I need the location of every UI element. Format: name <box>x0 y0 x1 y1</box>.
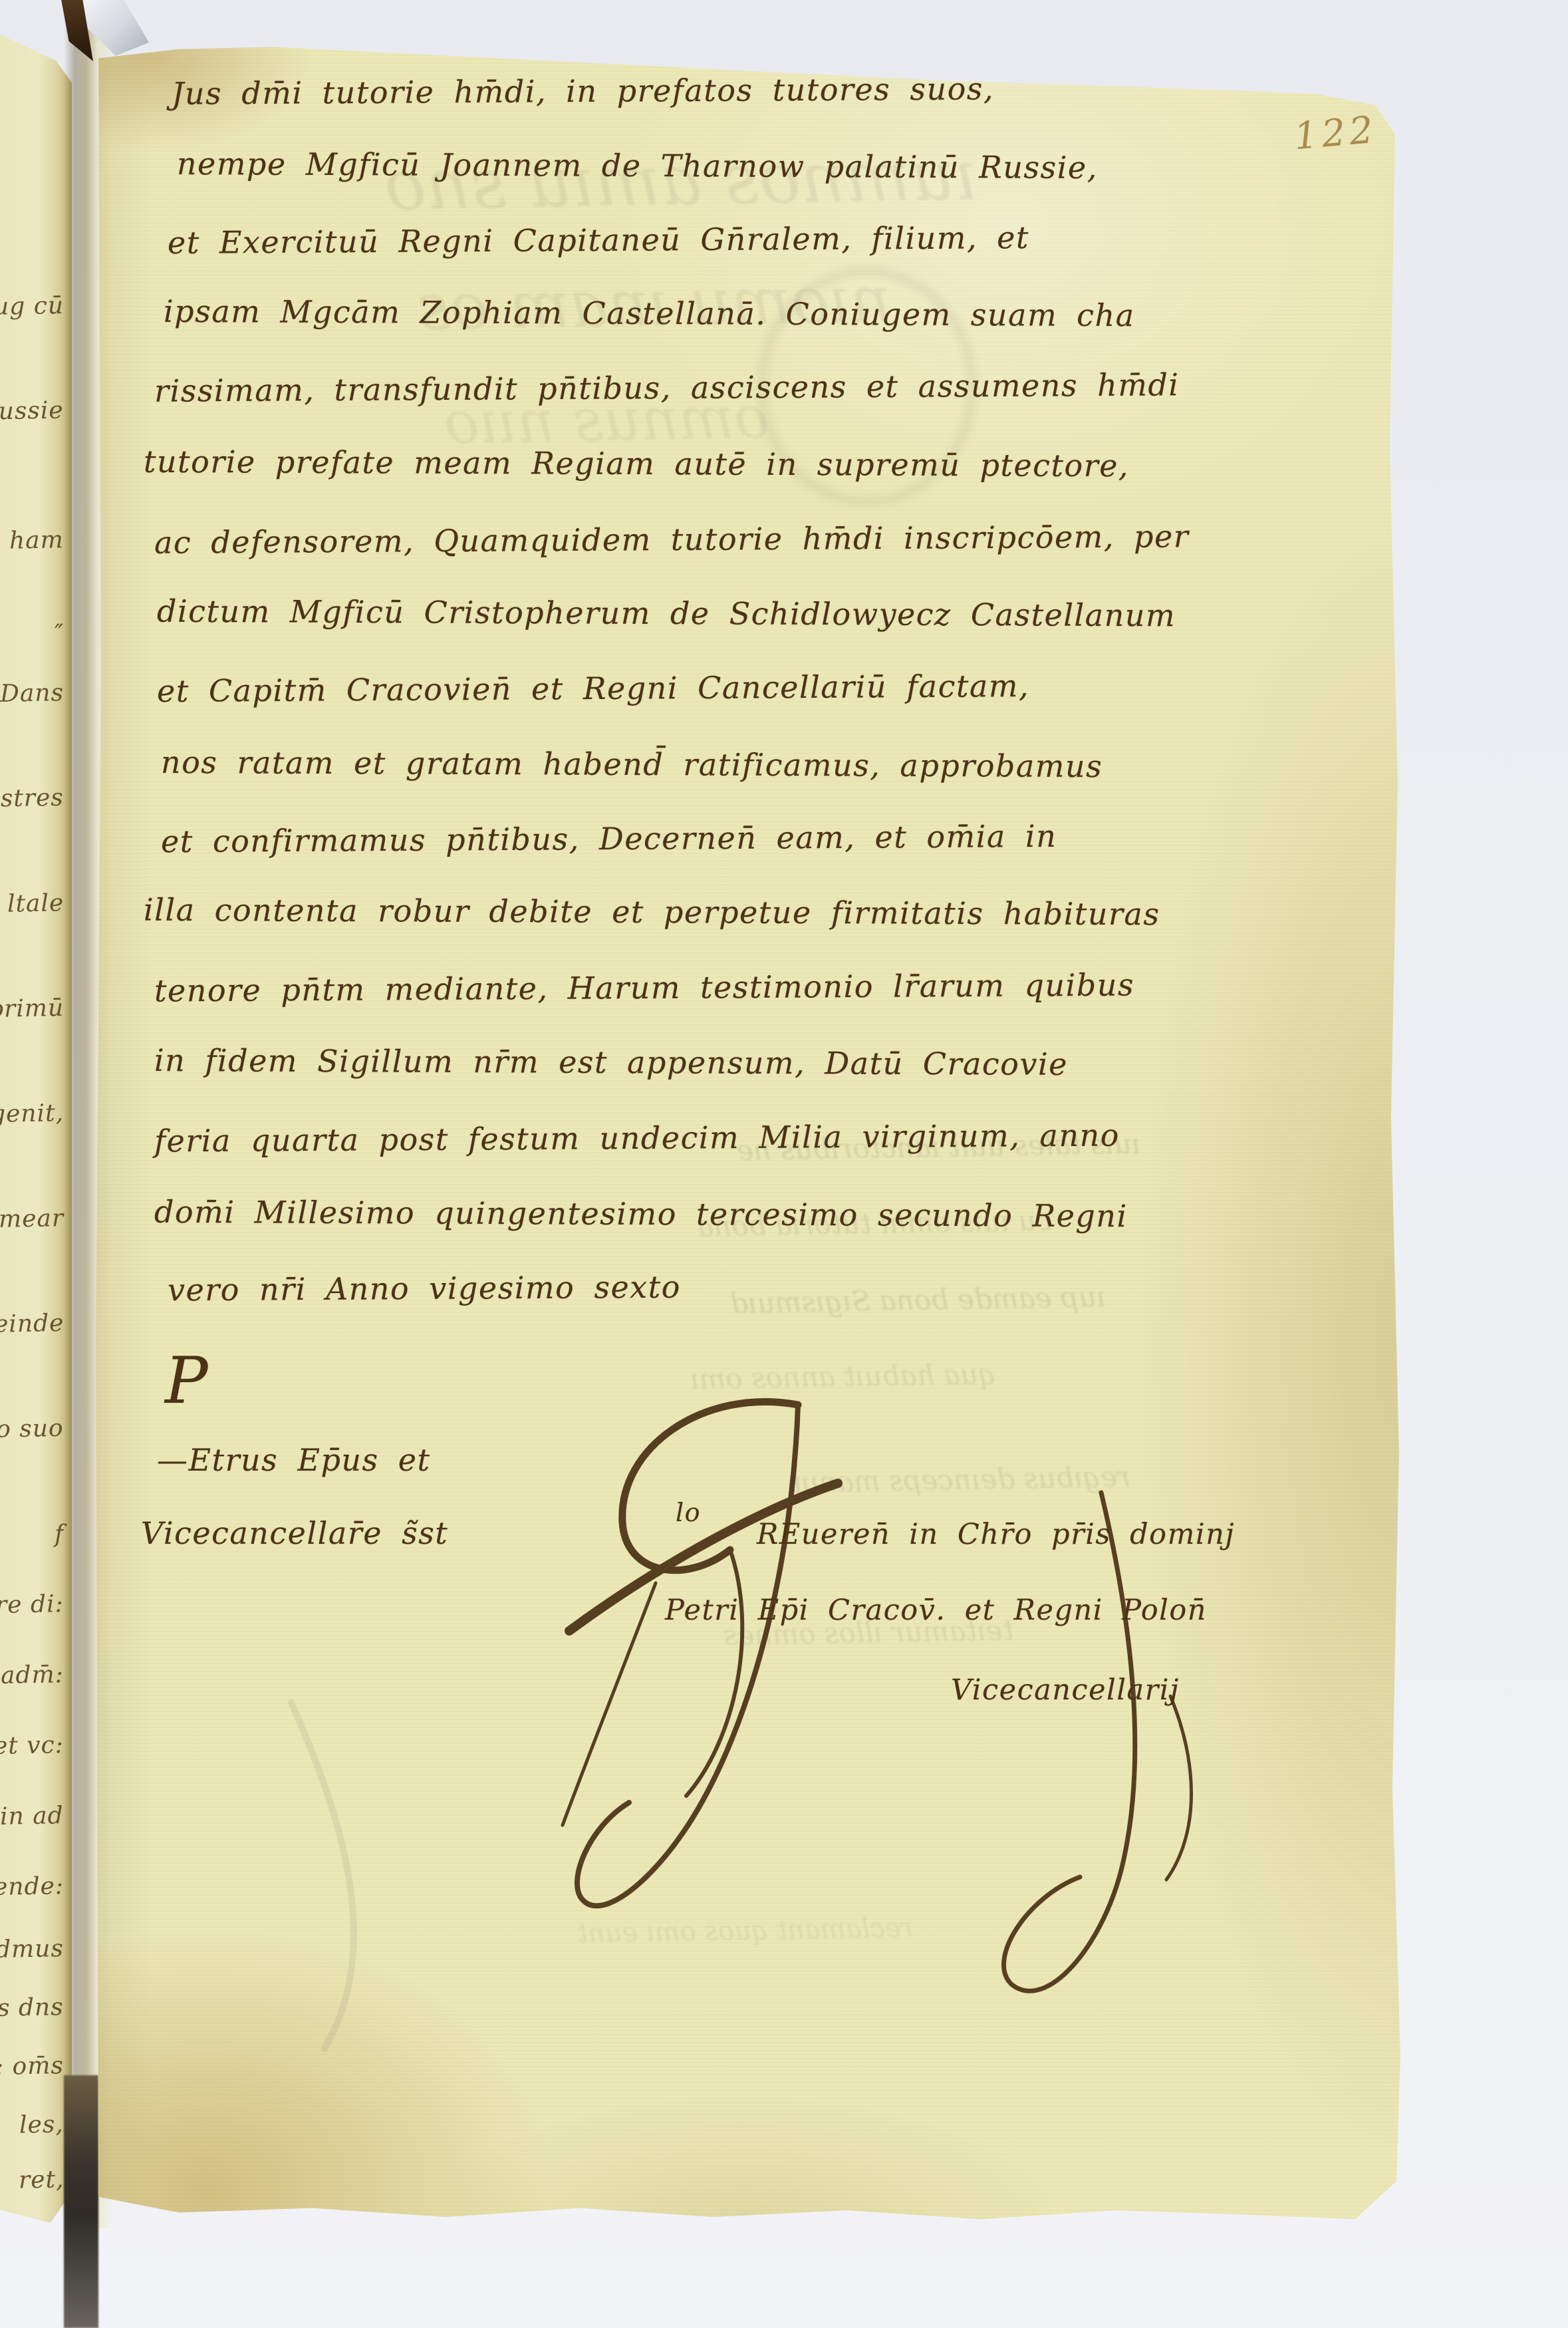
margin-fragment: in ad <box>0 1802 64 1830</box>
margin-fragment: ″ <box>54 620 64 647</box>
margin-fragment: ende: <box>0 1872 64 1901</box>
margin-fragment: et vc: <box>0 1731 64 1760</box>
margin-fragment: uo suo <box>0 1415 64 1443</box>
margin-fragment: les, <box>19 2110 64 2138</box>
margin-fragment: Dans <box>0 679 64 708</box>
margin-fragment: : om̄s <box>0 2052 64 2081</box>
margin-fragment: adm̄: <box>1 1661 64 1689</box>
facing-page-sliver: ug cū m Russie ham ″ Dans onstres ltale… <box>0 35 72 2223</box>
signature-flourish <box>72 0 1408 2235</box>
margin-fragment: re di: <box>0 1590 64 1619</box>
binding-edge-dark-strip <box>64 2075 98 2328</box>
margin-fragment: mear <box>0 1205 64 1233</box>
margin-fragment: dmus <box>0 1935 64 1964</box>
margin-fragment: ltale <box>7 889 64 917</box>
margin-fragment: ret, <box>18 2166 64 2194</box>
margin-fragment: primū <box>0 994 64 1023</box>
margin-fragment: s dns <box>0 1993 64 2022</box>
margin-fragment: deinde <box>0 1310 64 1338</box>
margin-fragment: m Russie <box>0 396 64 426</box>
margin-fragment: genit, <box>0 1099 64 1128</box>
manuscript-page: 122 ıumnos amıu sno nıomu ınam os omnus … <box>72 0 1408 2235</box>
margin-fragment: ug cū <box>0 292 64 321</box>
margin-fragment: onstres <box>0 784 64 813</box>
margin-fragment: f <box>54 1521 64 1548</box>
scanned-manuscript-scene: ug cū m Russie ham ″ Dans onstres ltale… <box>0 0 1568 2328</box>
margin-fragment: ham <box>9 526 64 554</box>
